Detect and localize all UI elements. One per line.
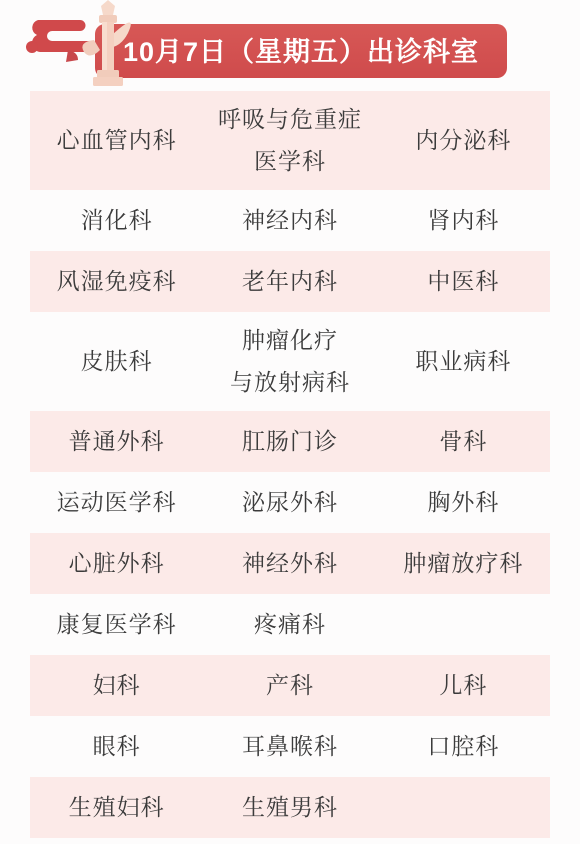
page-title: 10月7日（星期五）出诊科室	[123, 37, 479, 66]
department-cell: 心血管内科	[30, 120, 203, 161]
department-cell: 眼科	[30, 726, 203, 767]
table-row: 风湿免疫科 老年内科 中医科	[30, 251, 550, 312]
department-cell: 妇科	[30, 665, 203, 706]
department-cell: 生殖妇科	[30, 787, 203, 828]
department-cell: 皮肤科	[30, 341, 203, 382]
department-cell: 耳鼻喉科	[203, 726, 376, 767]
department-cell: 肛肠门诊	[203, 421, 376, 462]
red-cloud-shape	[26, 20, 90, 62]
table-row: 心血管内科 呼吸与危重症 医学科 内分泌科	[30, 91, 550, 190]
header: 10月7日（星期五）出诊科室	[0, 0, 580, 91]
department-cell: 产科	[203, 665, 376, 706]
department-cell: 口腔科	[377, 726, 550, 767]
header-banner: 10月7日（星期五）出诊科室	[95, 24, 507, 78]
table-row: 运动医学科 泌尿外科 胸外科	[30, 472, 550, 533]
department-cell: 呼吸与危重症 医学科	[203, 99, 376, 182]
department-cell: 疼痛科	[203, 604, 376, 645]
department-table: 心血管内科 呼吸与危重症 医学科 内分泌科 消化科 神经内科 肾内科 风湿免疫科…	[30, 91, 550, 838]
department-cell: 肿瘤放疗科	[377, 543, 550, 584]
table-row: 妇科 产科 儿科	[30, 655, 550, 716]
department-cell: 运动医学科	[30, 482, 203, 523]
department-cell: 神经内科	[203, 200, 376, 241]
department-cell: 中医科	[377, 261, 550, 302]
department-cell: 神经外科	[203, 543, 376, 584]
department-cell: 职业病科	[377, 341, 550, 382]
table-row: 生殖妇科 生殖男科	[30, 777, 550, 838]
schedule-poster: { "colors": { "banner_red": "#d15152", "…	[0, 0, 580, 844]
department-cell: 消化科	[30, 200, 203, 241]
table-row: 眼科 耳鼻喉科 口腔科	[30, 716, 550, 777]
department-cell: 胸外科	[377, 482, 550, 523]
table-row: 消化科 神经内科 肾内科	[30, 190, 550, 251]
department-cell: 儿科	[377, 665, 550, 706]
department-cell: 心脏外科	[30, 543, 203, 584]
department-cell: 内分泌科	[377, 120, 550, 161]
department-cell: 风湿免疫科	[30, 261, 203, 302]
table-row: 皮肤科 肿瘤化疗 与放射病科 职业病科	[30, 312, 550, 411]
department-cell: 老年内科	[203, 261, 376, 302]
department-cell: 生殖男科	[203, 787, 376, 828]
table-row: 普通外科 肛肠门诊 骨科	[30, 411, 550, 472]
monument-cloud-icon	[16, 0, 136, 95]
department-cell: 骨科	[377, 421, 550, 462]
department-cell: 泌尿外科	[203, 482, 376, 523]
table-row: 康复医学科 疼痛科	[30, 594, 550, 655]
department-cell: 肿瘤化疗 与放射病科	[203, 320, 376, 403]
department-cell: 康复医学科	[30, 604, 203, 645]
table-row: 心脏外科 神经外科 肿瘤放疗科	[30, 533, 550, 594]
department-cell: 肾内科	[377, 200, 550, 241]
department-cell: 普通外科	[30, 421, 203, 462]
